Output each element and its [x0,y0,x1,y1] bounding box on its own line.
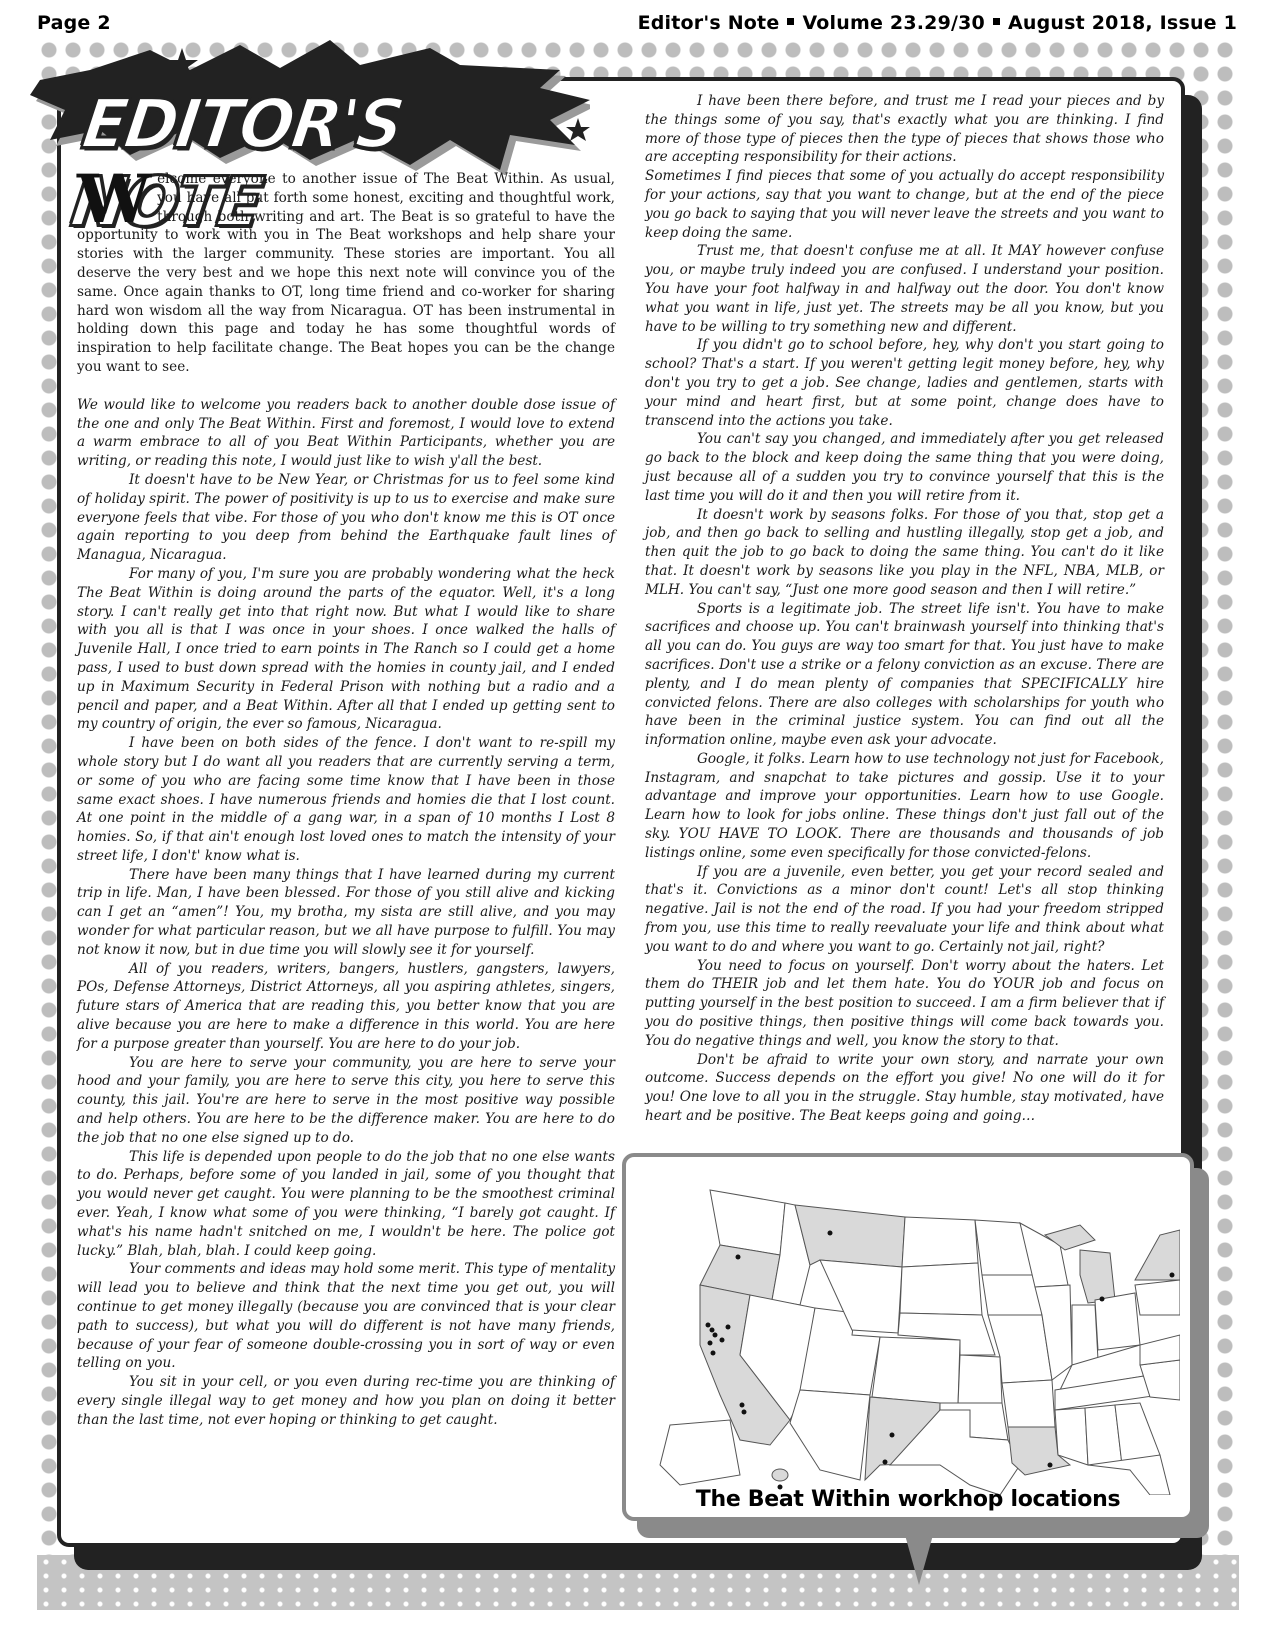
body-paragraph: You can't say you changed, and immediate… [645,430,1164,505]
map-caption: The Beat Within workhop locations [628,1487,1188,1512]
body-paragraph: I have been there before, and trust me I… [645,92,1164,167]
issue-date: August 2018, Issue 1 [1008,12,1237,34]
drop-cap: W [77,172,151,226]
callout-tail [905,1535,933,1585]
left-column: Welcome everyone to another issue of The… [77,170,615,1430]
body-paragraph: Don't be afraid to write your own story,… [645,1051,1164,1126]
body-paragraph: You are here to serve your community, yo… [77,1054,615,1148]
body-paragraph: Trust me, that doesn't confuse me at all… [645,242,1164,336]
body-paragraph: This life is depended upon people to do … [77,1148,615,1261]
page-number: Page 2 [37,12,111,34]
body-paragraph: All of you readers, writers, bangers, hu… [77,960,615,1054]
volume: Volume 23.29/30 [802,12,985,34]
body-paragraph: There have been many things that I have … [77,866,615,960]
body-paragraph: Sports is a legitimate job. The street l… [645,600,1164,750]
us-map-icon [640,1165,1180,1495]
body-paragraph: We would like to welcome you readers bac… [77,396,615,471]
body-paragraph: Google, it folks. Learn how to use techn… [645,750,1164,863]
issue-info: Editor's NoteVolume 23.29/30August 2018,… [638,12,1237,34]
bullet-separator-icon [787,18,794,25]
body-paragraph: If you are a juvenile, even better, you … [645,863,1164,957]
body-paragraph: If you didn't go to school before, hey, … [645,336,1164,430]
body-paragraph: It doesn't have to be New Year, or Chris… [77,471,615,565]
section-name: Editor's Note [638,12,780,34]
bullet-separator-icon [993,18,1000,25]
title-banner: EDITOR'S NOTE [30,40,590,175]
body-paragraph: Sometimes I find pieces that some of you… [645,167,1164,242]
intro-paragraph: Welcome everyone to another issue of The… [77,170,615,377]
body-paragraph: It doesn't work by seasons folks. For th… [645,506,1164,600]
body-paragraph: I have been on both sides of the fence. … [77,734,615,866]
page-header: Page 2 Editor's NoteVolume 23.29/30Augus… [37,8,1237,34]
body-paragraph: You sit in your cell, or you even during… [77,1373,615,1429]
body-paragraph: For many of you, I'm sure you are probab… [77,565,615,734]
right-column: I have been there before, and trust me I… [645,92,1164,1126]
body-paragraph: You need to focus on yourself. Don't wor… [645,957,1164,1051]
body-paragraph: Your comments and ideas may hold some me… [77,1260,615,1373]
